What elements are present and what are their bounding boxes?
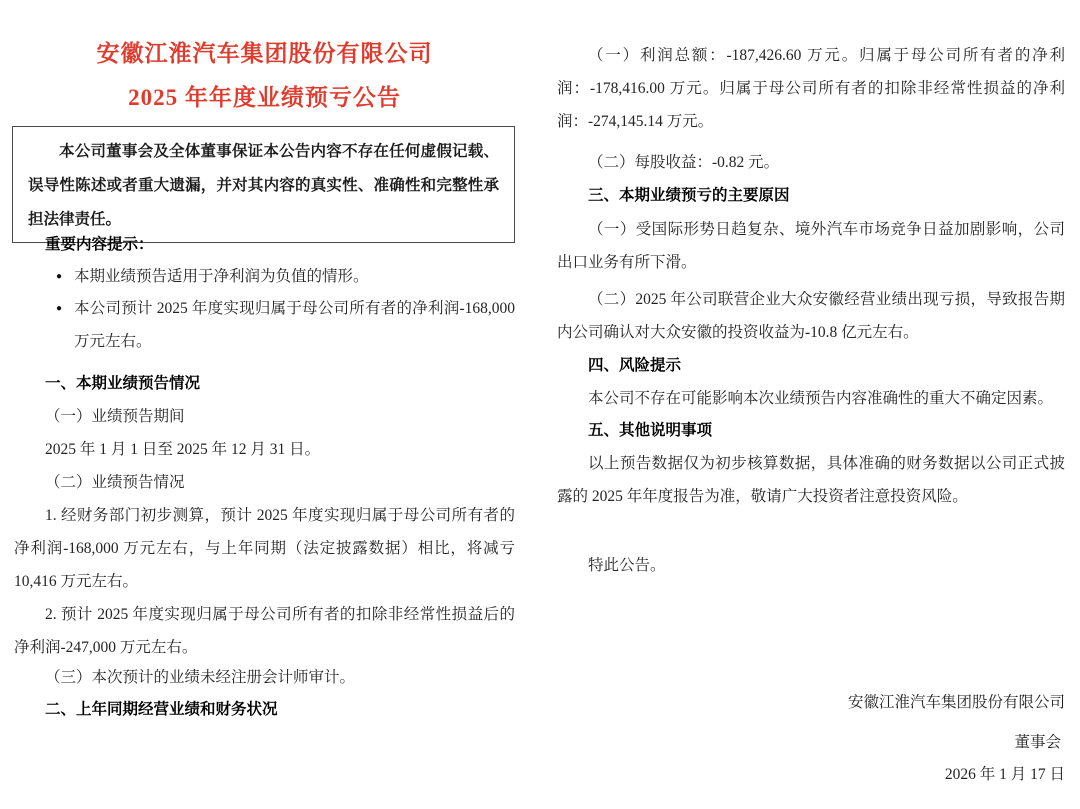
disclaimer-box: 本公司董事会及全体董事保证本公告内容不存在任何虚假记载、误导性陈述或者重大遗漏，… xyxy=(12,126,515,243)
section5-heading: 五、其他说明事项 xyxy=(557,414,1065,447)
notice-bullet-2-text: 本公司预计 2025 年度实现归属于母公司所有者的净利润-168,000 万元左… xyxy=(74,292,515,358)
notice-bullet-1-text: 本期业绩预告适用于净利润为负值的情形。 xyxy=(74,260,515,293)
section3-heading: 三、本期业绩预亏的主要原因 xyxy=(557,179,1065,212)
section3-item2: （二）2025 年公司联营企业大众安徽经营业绩出现亏损，导致报告期内公司确认对大… xyxy=(557,283,1065,349)
section4-text: 本公司不存在可能影响本次业绩预告内容准确性的重大不确定因素。 xyxy=(557,382,1065,415)
section1-sub2-paragraph2: 2. 预计 2025 年度实现归属于母公司所有者的扣除非经常性损益后的净利润-2… xyxy=(14,598,515,664)
section1-sub2-paragraph1: 1. 经财务部门初步测算，预计 2025 年度实现归属于母公司所有者的净利润-1… xyxy=(14,499,515,598)
announcement-document: 安徽江淮汽车集团股份有限公司 2025 年年度业绩预亏公告 本公司董事会及全体董… xyxy=(0,0,1080,809)
doc-title-line1: 安徽江淮汽车集团股份有限公司 xyxy=(14,32,515,76)
doc-title-line2: 2025 年年度业绩预亏公告 xyxy=(14,76,515,120)
section1-sub1-heading: （一）业绩预告期间 xyxy=(14,400,515,433)
section5-text: 以上预告数据仅为初步核算数据，具体准确的财务数据以公司正式披露的 2025 年年… xyxy=(557,447,1065,513)
section3-item1: （一）受国际形势日趋复杂、境外汽车市场竞争日益加剧影响，公司出口业务有所下滑。 xyxy=(557,213,1065,279)
notice-bullet-2: ● 本公司预计 2025 年度实现归属于母公司所有者的净利润-168,000 万… xyxy=(14,292,515,358)
disclaimer-box-wrap: 本公司董事会及全体董事保证本公告内容不存在任何虚假记载、误导性陈述或者重大遗漏，… xyxy=(14,126,515,243)
notice-bullet-1: ● 本期业绩预告适用于净利润为负值的情形。 xyxy=(14,260,515,293)
section2-item2: （二）每股收益：-0.82 元。 xyxy=(557,146,1065,179)
section2-heading: 二、上年同期经营业绩和财务状况 xyxy=(14,693,515,726)
section4-heading: 四、风险提示 xyxy=(557,349,1065,382)
bullet-icon: ● xyxy=(56,292,74,358)
section2-item1: （一）利润总额：-187,426.60 万元。归属于母公司所有者的净利润：-17… xyxy=(557,39,1065,138)
section1-sub2-heading: （二）业绩预告情况 xyxy=(14,466,515,499)
signature-company: 安徽江淮汽车集团股份有限公司 xyxy=(557,686,1065,719)
signature-date: 2026 年 1 月 17 日 xyxy=(557,758,1065,791)
important-notice-heading: 重要内容提示： xyxy=(14,228,515,261)
doc-title: 安徽江淮汽车集团股份有限公司 2025 年年度业绩预亏公告 xyxy=(14,32,515,120)
signature-board: 董事会 xyxy=(557,726,1065,759)
section1-sub3-text: （三）本次预计的业绩未经注册会计师审计。 xyxy=(14,661,515,694)
section1-sub1-text: 2025 年 1 月 1 日至 2025 年 12 月 31 日。 xyxy=(14,433,515,466)
closing-statement: 特此公告。 xyxy=(557,549,1065,582)
section1-heading: 一、本期业绩预告情况 xyxy=(14,367,515,400)
bullet-icon: ● xyxy=(56,260,74,293)
